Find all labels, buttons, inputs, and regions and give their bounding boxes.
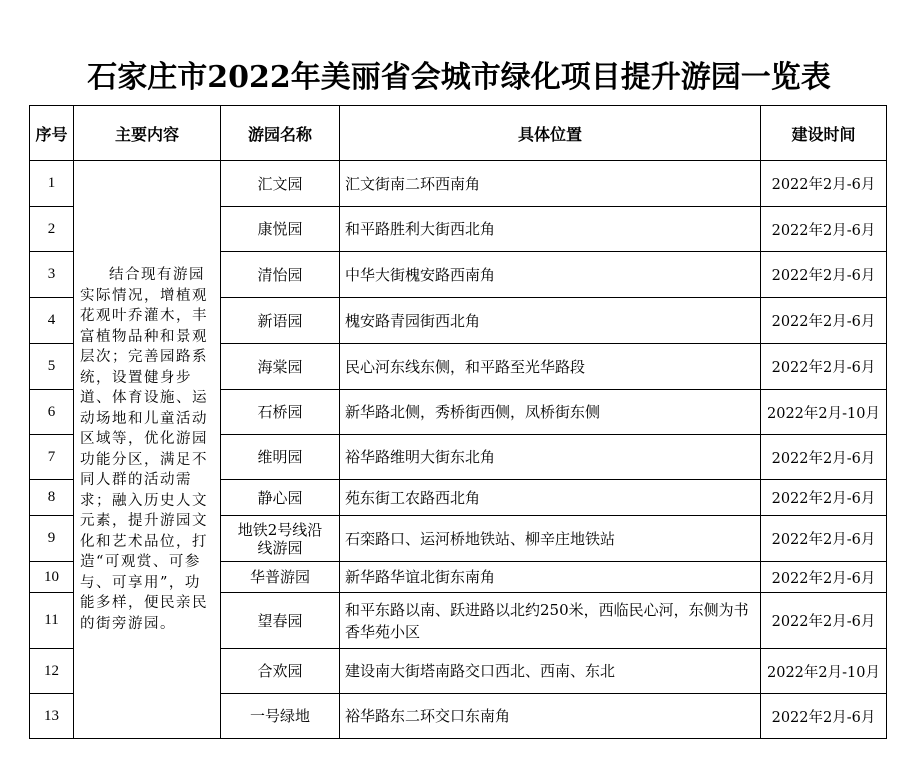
row-name: 华普游园	[221, 562, 340, 593]
row-index: 7	[30, 435, 74, 480]
row-index: 13	[30, 694, 74, 739]
row-index: 2	[30, 207, 74, 252]
row-time: 2022年2月-6月	[761, 593, 887, 649]
row-name: 康悦园	[221, 207, 340, 252]
page-title: 石家庄市2022年美丽省会城市绿化项目提升游园一览表	[0, 52, 918, 96]
row-location: 和平东路以南、跃进路以北约250米，西临民心河，东侧为书香华苑小区	[340, 593, 761, 649]
header-index: 序号	[30, 106, 74, 161]
row-location: 苑东街工农路西北角	[340, 480, 761, 516]
row-time: 2022年2月-6月	[761, 344, 887, 390]
row-index: 3	[30, 252, 74, 298]
row-index: 8	[30, 480, 74, 516]
table-header-row: 序号 主要内容 游园名称 具体位置 建设时间	[30, 106, 887, 161]
row-location: 石栾路口、运河桥地铁站、柳辛庄地铁站	[340, 516, 761, 562]
row-name: 地铁2号线沿线游园	[221, 516, 340, 562]
header-name: 游园名称	[221, 106, 340, 161]
row-time: 2022年2月-10月	[761, 390, 887, 435]
row-name: 一号绿地	[221, 694, 340, 739]
row-index: 6	[30, 390, 74, 435]
row-location: 槐安路青园街西北角	[340, 298, 761, 344]
row-location: 中华大街槐安路西南角	[340, 252, 761, 298]
row-index: 11	[30, 593, 74, 649]
table-row: 1 结合现有游园实际情况，增植观花观叶乔灌木，丰富植物品种和景观层次；完善园路系…	[30, 161, 887, 207]
row-name: 维明园	[221, 435, 340, 480]
row-index: 9	[30, 516, 74, 562]
row-location: 民心河东线东侧，和平路至光华路段	[340, 344, 761, 390]
row-time: 2022年2月-10月	[761, 649, 887, 694]
row-time: 2022年2月-6月	[761, 516, 887, 562]
row-location: 建设南大街塔南路交口西北、西南、东北	[340, 649, 761, 694]
row-name: 清怡园	[221, 252, 340, 298]
park-list-table: 序号 主要内容 游园名称 具体位置 建设时间 1 结合现有游园实际情况，增植观花…	[29, 105, 887, 739]
row-location: 裕华路维明大街东北角	[340, 435, 761, 480]
row-time: 2022年2月-6月	[761, 562, 887, 593]
row-index: 4	[30, 298, 74, 344]
row-time: 2022年2月-6月	[761, 694, 887, 739]
row-time: 2022年2月-6月	[761, 298, 887, 344]
row-name: 合欢园	[221, 649, 340, 694]
row-time: 2022年2月-6月	[761, 435, 887, 480]
row-name: 新语园	[221, 298, 340, 344]
row-time: 2022年2月-6月	[761, 252, 887, 298]
header-location: 具体位置	[340, 106, 761, 161]
row-time: 2022年2月-6月	[761, 161, 887, 207]
header-time: 建设时间	[761, 106, 887, 161]
row-name: 海棠园	[221, 344, 340, 390]
row-time: 2022年2月-6月	[761, 207, 887, 252]
row-location: 新华路华谊北街东南角	[340, 562, 761, 593]
row-index: 12	[30, 649, 74, 694]
row-location: 汇文街南二环西南角	[340, 161, 761, 207]
row-name: 望春园	[221, 593, 340, 649]
row-name: 静心园	[221, 480, 340, 516]
row-index: 5	[30, 344, 74, 390]
row-time: 2022年2月-6月	[761, 480, 887, 516]
row-index: 10	[30, 562, 74, 593]
main-content-cell: 结合现有游园实际情况，增植观花观叶乔灌木，丰富植物品种和景观层次；完善园路系统，…	[74, 161, 221, 739]
row-location: 新华路北侧，秀桥街西侧，凤桥街东侧	[340, 390, 761, 435]
row-name: 汇文园	[221, 161, 340, 207]
row-index: 1	[30, 161, 74, 207]
row-location: 裕华路东二环交口东南角	[340, 694, 761, 739]
row-location: 和平路胜利大街西北角	[340, 207, 761, 252]
row-name: 石桥园	[221, 390, 340, 435]
header-content: 主要内容	[74, 106, 221, 161]
